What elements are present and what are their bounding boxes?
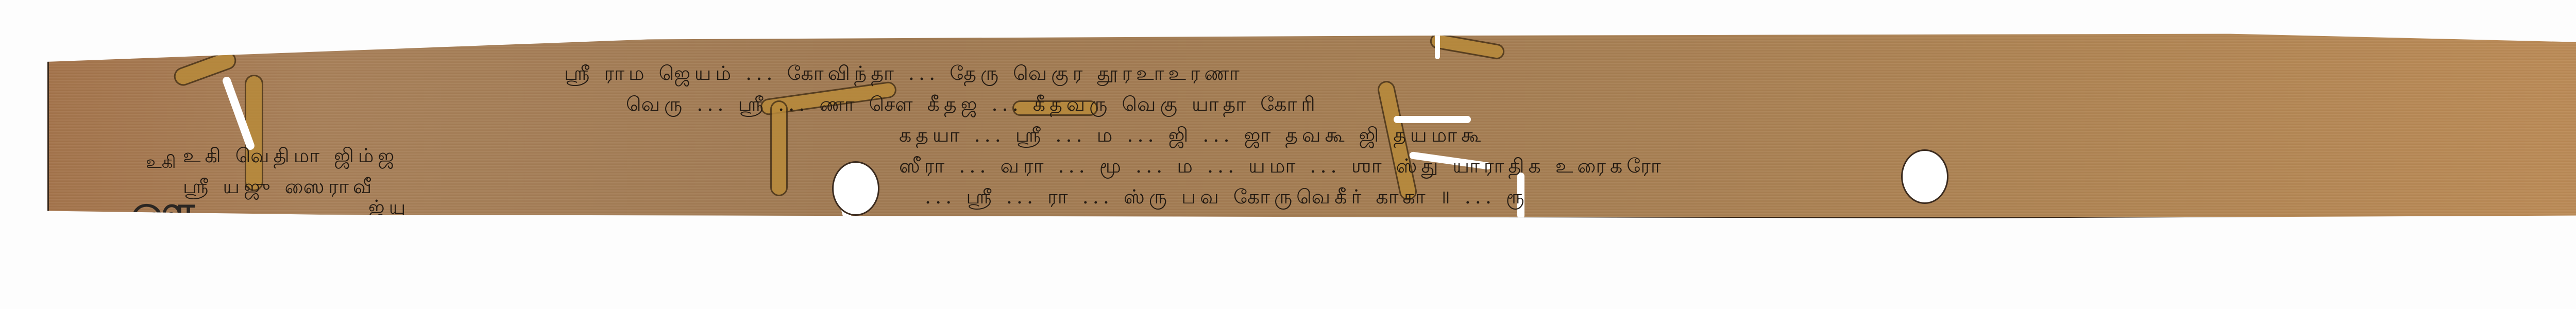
binding-hole [1901,149,1948,204]
palm-leaf: உகி ஔ 42 உகி வெதிமா ஜிம்ஜ ஸ்ரீ யஜு ஸைராவ… [47,32,2576,218]
worm-damage [1429,32,1506,61]
manuscript-text-line: ... ஸ்ரீ ... ரா ... ஸ்ரு பவ கோருவெகீர் க… [925,185,1529,211]
manuscript-text-line: ஶ்ரீ ராம ஜெயம் ... கோவிந்தா ... தேரு வெக… [564,62,1244,88]
manuscript-page: உகி ஔ 42 உகி வெதிமா ஜிம்ஜ ஸ்ரீ யஜு ஸைராவ… [0,0,2576,309]
left-column-line: ஸ்ரீ யஜு ஸைராவீ [183,175,376,201]
left-column-line: ஜ்யு [368,196,410,221]
manuscript-text-line: ஸீரா ... வரா ... மூ ... ம ... யமா ... ஶா… [899,154,1665,180]
manuscript-text-line: கதயா ... ஸ்ரீ ... ம ... ஜி ... ஜா தவகூ ஜ… [899,124,1485,149]
tear-gap [1394,116,1471,123]
margin-code: உகி [146,152,176,175]
tear-gap [1435,23,1440,59]
left-column-line: உகி வெதிமா ஜிம்ஜ [183,144,398,170]
manuscript-text-line: வெரு ... ஸ்ரீ ... ணா சௌ கீதஜ ... கீதவரு … [626,93,1319,118]
binding-hole [832,161,879,216]
